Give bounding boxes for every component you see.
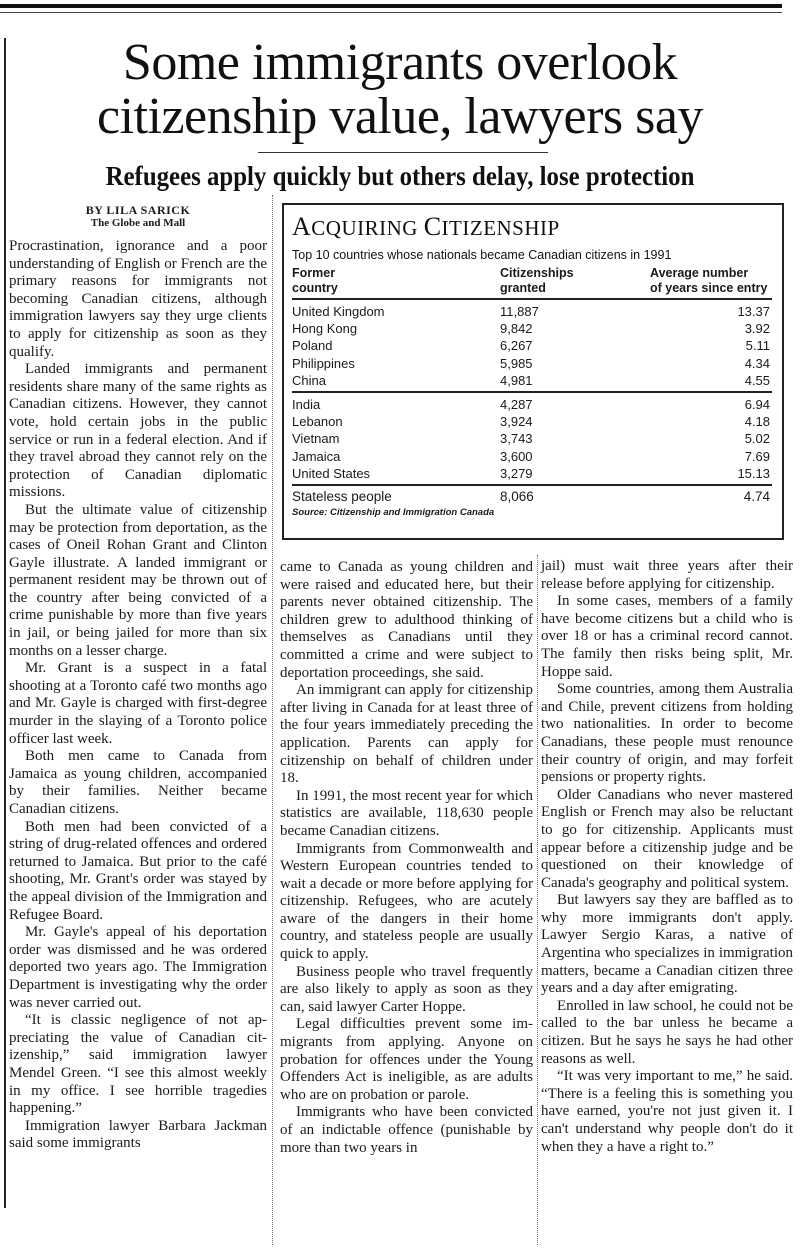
author: BY LILA SARICK <box>8 203 268 218</box>
byline: BY LILA SARICK The Globe and Mall <box>8 203 268 229</box>
table-body: United Kingdom11,88713.37 Hong Kong9,842… <box>292 300 772 505</box>
table-source-note: Source: Citizenship and Immigration Cana… <box>292 507 772 518</box>
column-divider-2 <box>537 555 538 1245</box>
article-column-middle: came to Canada as young children and wer… <box>280 559 533 1157</box>
header-average-years: Average number of years since entry <box>644 266 772 296</box>
paragraph: Legal difficulties prevent some im­migra… <box>280 1016 533 1104</box>
paragraph: Landed immigrants and perma­nent residen… <box>9 361 267 502</box>
paragraph: But lawyers say they are baffled as to w… <box>541 892 793 998</box>
subheadline: Refugees apply quickly but others delay,… <box>50 160 749 192</box>
table-row: United States3,27915.13 <box>292 465 772 482</box>
article-column-right: jail) must wait three years after their … <box>541 558 793 1156</box>
paragraph: In some cases, members of a fam­ily have… <box>541 593 793 681</box>
acquiring-citizenship-sidebar: ACQUIRING CITIZENSHIP Top 10 countries w… <box>282 203 784 540</box>
table-row: Lebanon3,9244.18 <box>292 413 772 430</box>
table-group-1: United Kingdom11,88713.37 Hong Kong9,842… <box>292 300 772 391</box>
paragraph: Older Canadians who never mas­tered Engl… <box>541 787 793 893</box>
table-row: Poland6,2675.11 <box>292 337 772 354</box>
paragraph: Business people who travel fre­quently a… <box>280 964 533 1017</box>
left-border-rule <box>4 38 6 1208</box>
table-header: Former country Citizenships granted Aver… <box>292 266 772 300</box>
headline-line-2: citizenship value, lawyers say <box>97 88 703 145</box>
paragraph: Both men had been convicted of a string … <box>9 819 267 925</box>
paragraph: Both men came to Canada from Jamaica as … <box>9 748 267 818</box>
table-row: Vietnam3,7435.02 <box>292 430 772 447</box>
top-rule-thin <box>0 12 782 13</box>
sidebar-title: ACQUIRING CITIZENSHIP <box>292 213 772 242</box>
publication-credit: The Globe and Mall <box>8 217 268 229</box>
paragraph: came to Canada as young children and wer… <box>280 559 533 682</box>
table-row: Hong Kong9,8423.92 <box>292 320 772 337</box>
header-citizenships-granted: Citizenships granted <box>500 266 644 296</box>
table-row: Jamaica3,6007.69 <box>292 448 772 465</box>
paragraph: jail) must wait three years after their … <box>541 558 793 593</box>
table-row: China4,9814.55 <box>292 372 772 389</box>
sidebar-subtitle: Top 10 countries whose nationals became … <box>292 248 772 262</box>
table-row: Philippines5,9854.34 <box>292 355 772 372</box>
table-row-stateless: Stateless people8,0664.74 <box>292 484 772 505</box>
headline-divider <box>258 152 548 153</box>
paragraph: Enrolled in law school, he could not be … <box>541 998 793 1068</box>
table-group-2: India4,2876.94 Lebanon3,9244.18 Vietnam3… <box>292 391 772 484</box>
headline-line-1: Some immigrants overlook <box>123 34 677 91</box>
article-column-left: Procrastination, ignorance and a poor un… <box>9 238 267 1153</box>
paragraph: Some countries, among them Aus­tralia an… <box>541 681 793 787</box>
paragraph: “It is classic negligence of not ap­prec… <box>9 1012 267 1118</box>
table-row: India4,2876.94 <box>292 396 772 413</box>
paragraph: Immigration lawyer Barbara Jackman said … <box>9 1118 267 1153</box>
paragraph: “It was very important to me,” he said. … <box>541 1068 793 1156</box>
top-rule <box>0 4 782 8</box>
paragraph: But the ultimate value of citizen­ship m… <box>9 502 267 660</box>
header-former-country: Former country <box>292 266 500 296</box>
paragraph: Mr. Gayle's appeal of his deporta­tion o… <box>9 924 267 1012</box>
paragraph: Mr. Grant is a suspect in a fatal shooti… <box>9 660 267 748</box>
paragraph: An immigrant can apply for citi­zenship … <box>280 682 533 788</box>
headline: Some immigrants overlook citizenship val… <box>20 36 780 144</box>
paragraph: In 1991, the most recent year for which … <box>280 788 533 841</box>
paragraph: Immigrants who have been con­victed of a… <box>280 1104 533 1157</box>
paragraph: Immigrants from Commonwealth and Western… <box>280 841 533 964</box>
paragraph: Procrastination, ignorance and a poor un… <box>9 238 267 361</box>
column-divider-1 <box>272 195 273 1245</box>
table-row: United Kingdom11,88713.37 <box>292 303 772 320</box>
